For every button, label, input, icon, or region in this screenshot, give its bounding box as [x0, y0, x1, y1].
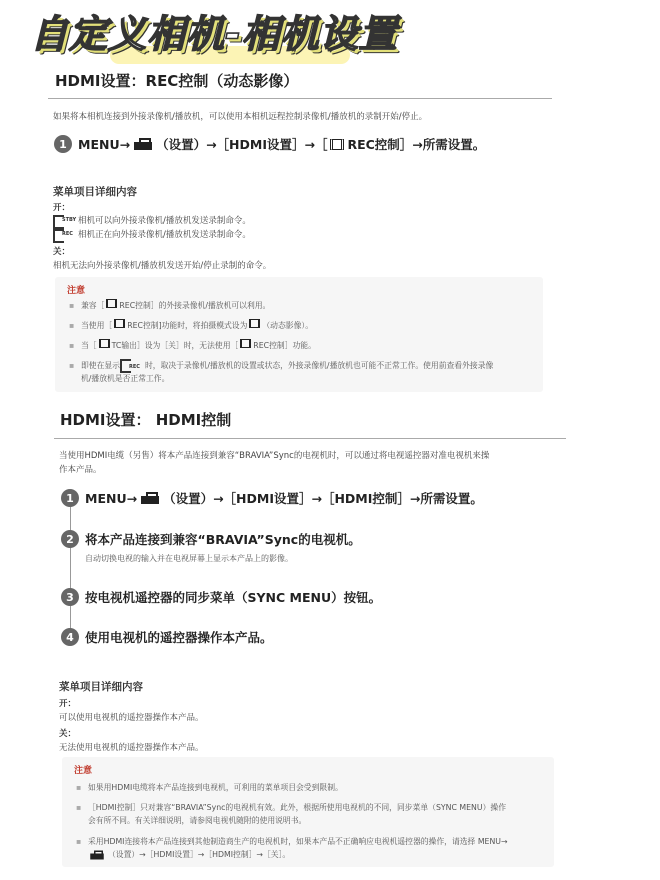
note-title: 注意: [74, 763, 92, 776]
section1-title: HDMI设置：REC控制（动态影像）: [55, 70, 298, 91]
section2-step-1: 1 MENU→ （设置）→［HDMI设置］→［HDMI控制］→所需设置。: [61, 489, 483, 507]
note-item: ▪如果用HDMI电缆将本产品连接到电视机，可利用的菜单项目会受到限制。: [76, 781, 343, 794]
off-label: 关：: [59, 727, 76, 739]
step-number: 2: [61, 530, 79, 548]
note-item: ▪ 当使用［REC控制]功能时，将拍摄模式设为（动态影像）。: [69, 319, 313, 332]
step-number: 1: [61, 489, 79, 507]
section2-title: HDMI设置： HDMI控制: [60, 409, 231, 430]
hdmi-rec-icon: REC: [120, 359, 142, 369]
movie-film-icon: [114, 319, 125, 328]
toolbox-settings-icon: [134, 138, 152, 150]
hdmi-stby-icon: STBY: [53, 215, 75, 225]
section1-step-1: 1 MENU→ （设置）→［HDMI设置］→［ REC控制］→所需设置。: [54, 135, 485, 153]
step-text-menu: MENU→: [78, 137, 130, 152]
on-label: 开：: [53, 201, 70, 213]
off-text: 无法使用电视机的遥控器操作本产品。: [59, 741, 204, 753]
movie-film-icon: [99, 339, 110, 348]
movie-film-icon: [240, 339, 251, 348]
note-item: ▪采用HDMI连接将本产品连接到其他制造商生产的电视机时，如果本产品不正确响应电…: [76, 835, 508, 861]
step-number: 4: [61, 628, 79, 646]
step-text-end: REC控制］→所需设置。: [347, 135, 485, 153]
step-text: 将本产品连接到兼容“BRAVIA”Sync的电视机。: [85, 530, 361, 548]
banner: 自定义相机-相机设置: [30, 8, 390, 60]
on-item-text: 相机正在向外接录像机/播放机发送录制命令。: [78, 228, 251, 240]
step-text: 按电视机遥控器的同步菜单（SYNC MENU）按钮。: [85, 588, 381, 606]
on-item-stby: STBY 相机可以向外接录像机/播放机发送录制命令。: [53, 214, 251, 226]
movie-film-icon: [106, 299, 117, 308]
hdmi-rec-icon: REC: [53, 229, 75, 239]
banner-title: 自定义相机-相机设置: [30, 8, 398, 60]
on-text: 可以使用电视机的遥控器操作本产品。: [59, 711, 204, 723]
note-item: ▪ 兼容［REC控制］的外接录像机/播放机可以利用。: [69, 299, 270, 312]
section2-intro-line1: 当使用HDMI电缆（另售）将本产品连接到兼容“BRAVIA”Sync的电视机时，…: [59, 449, 489, 463]
step-text: 使用电视机的遥控器操作本产品。: [85, 628, 273, 646]
on-item-rec: REC 相机正在向外接录像机/播放机发送录制命令。: [53, 228, 251, 240]
section2-intro-line2: 作本产品。: [59, 463, 102, 477]
section1-intro: 如果将本相机连接到外接录像机/播放机，可以使用本相机远程控制录像机/播放机的录制…: [53, 110, 427, 124]
step-number: 1: [54, 135, 72, 153]
section2-note: 注意 ▪如果用HDMI电缆将本产品连接到电视机，可利用的菜单项目会受到限制。 ▪…: [62, 757, 554, 867]
movie-film-icon: [330, 139, 344, 150]
section1-note: 注意 ▪ 兼容［REC控制］的外接录像机/播放机可以利用。 ▪ 当使用［REC控…: [55, 277, 543, 392]
movie-mode-icon: [249, 319, 260, 328]
section1-divider: [48, 98, 552, 99]
toolbox-settings-icon: [141, 492, 159, 504]
section2-divider: [54, 438, 566, 439]
steps-connector: [70, 500, 71, 638]
off-label: 关：: [53, 245, 70, 257]
section2-menu-heading: 菜单项目详细内容: [59, 679, 143, 694]
section2-step-3: 3 按电视机遥控器的同步菜单（SYNC MENU）按钮。: [61, 588, 381, 606]
toolbox-settings-icon: [90, 850, 104, 859]
step-text-menu: MENU→: [85, 491, 137, 506]
note-item: ▪［HDMI控制］只对兼容“BRAVIA”Sync的电视机有效。此外，根据所使用…: [76, 801, 506, 827]
step-number: 3: [61, 588, 79, 606]
step-text-path: （设置）→［HDMI设置］→［HDMI控制］→所需设置。: [163, 489, 483, 507]
on-label: 开：: [59, 697, 76, 709]
off-text: 相机无法向外接录像机/播放机发送开始/停止录制的命令。: [53, 259, 271, 271]
section2-step-4: 4 使用电视机的遥控器操作本产品。: [61, 628, 273, 646]
note-title: 注意: [67, 283, 85, 296]
section1-menu-heading: 菜单项目详细内容: [53, 184, 137, 199]
section2-step-2: 2 将本产品连接到兼容“BRAVIA”Sync的电视机。: [61, 530, 361, 548]
step-text-path: （设置）→［HDMI设置］→［: [156, 135, 327, 153]
note-item: ▪ 即使在显示REC时，取决于录像机/播放机的设置或状态，外接录像机/播放机也可…: [69, 359, 539, 385]
on-item-text: 相机可以向外接录像机/播放机发送录制命令。: [78, 214, 251, 226]
note-item: ▪ 当［TC输出］设为［关］时，无法使用［REC控制］功能。: [69, 339, 316, 352]
step-2-subtext: 自动切换电视的输入并在电视屏幕上显示本产品上的影像。: [85, 553, 293, 564]
